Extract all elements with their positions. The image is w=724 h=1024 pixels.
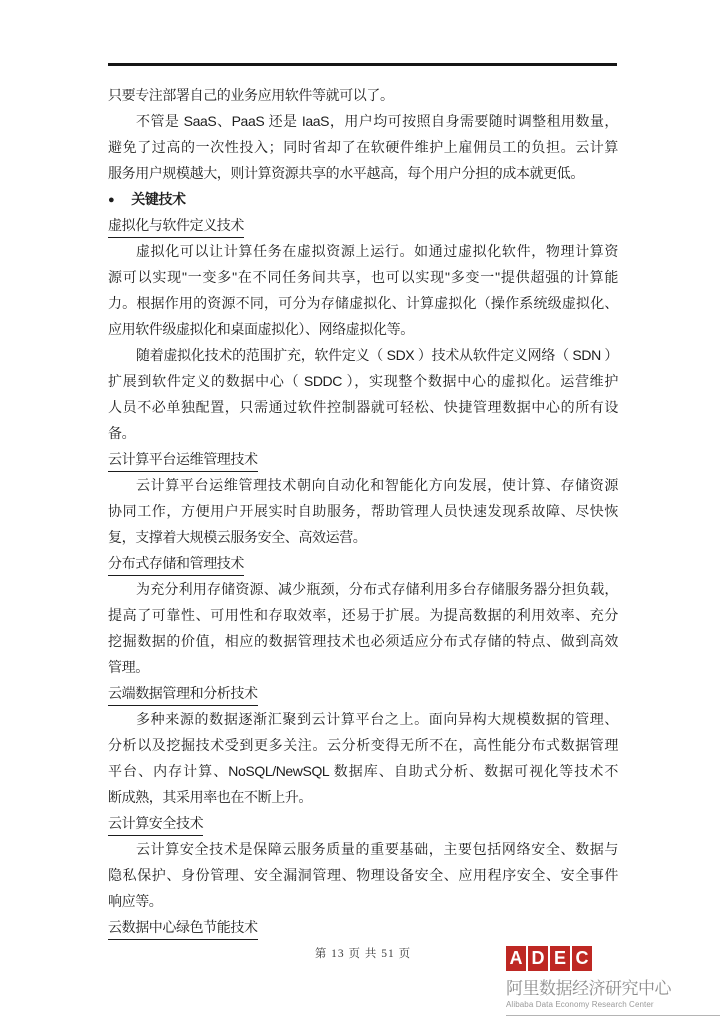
header-rule: [108, 63, 617, 66]
paragraph-line: 随着虚拟化技术的范围扩充，软件定义（ SDX ）技术从软件定义网络（ SDN ）: [108, 342, 618, 368]
paragraph-line: 只要专注部署自己的业务应用软件等就可以了。: [108, 82, 618, 108]
paragraph: 不管是 SaaS、PaaS 还是 IaaS，用户均可按照自身需要随时调整租用数量…: [108, 108, 618, 186]
paragraph-line: 协同工作，方便用户开展实时自助服务，帮助管理人员快速发现系故障、尽快恢: [108, 498, 618, 524]
adec-logo-icon: ADEC: [506, 946, 720, 971]
logo-rule: [506, 1015, 720, 1016]
logo-letter-c: C: [572, 946, 592, 971]
logo-letter-e: E: [550, 946, 570, 971]
paragraph-line: 云计算安全技术是保障云服务质量的重要基础，主要包括网络安全、数据与: [108, 836, 618, 862]
paragraph-line: 隐私保护、身份管理、安全漏洞管理、物理设备安全、应用程序安全、安全事件: [108, 862, 618, 888]
paragraph-line: 备。: [108, 420, 618, 446]
adec-logo: ADEC 阿里数据经济研究中心 Alibaba Data Economy Res…: [506, 946, 720, 1016]
paragraph-line: 扩展到软件定义的数据中心（ SDDC ），实现整个数据中心的虚拟化。运营维护: [108, 368, 618, 394]
section-bullet-heading: ●关键技术: [108, 186, 618, 212]
paragraph-line: 断成熟，其采用率也在不断上升。: [108, 784, 618, 810]
paragraph-line: 平台、内存计算、NoSQL/NewSQL 数据库、自助式分析、数据可视化等技术不: [108, 758, 618, 784]
paragraph-line: 分析以及挖掘技术受到更多关注。云分析变得无所不在，高性能分布式数据管理: [108, 732, 618, 758]
subsection-heading: 虚拟化与软件定义技术: [108, 212, 618, 238]
subsection-heading: 分布式存储和管理技术: [108, 550, 618, 576]
subsection-heading-label: 分布式存储和管理技术: [108, 552, 244, 576]
paragraph-line: 挖掘数据的价值，相应的数据管理技术也必须适应分布式存储的特点、做到高效: [108, 628, 618, 654]
paragraph-line: 管理。: [108, 654, 618, 680]
paragraph-line: 响应等。: [108, 888, 618, 914]
subsection-heading: 云计算安全技术: [108, 810, 618, 836]
paragraph-line: 多种来源的数据逐渐汇聚到云计算平台之上。面向异构大规模数据的管理、: [108, 706, 618, 732]
paragraph: 为充分利用存储资源、减少瓶颈，分布式存储利用多台存储服务器分担负载，提高了可靠性…: [108, 576, 618, 680]
paragraph: 随着虚拟化技术的范围扩充，软件定义（ SDX ）技术从软件定义网络（ SDN ）…: [108, 342, 618, 446]
paragraph-line: 避免了过高的一次性投入；同时省却了在软硬件维护上雇佣员工的负担。云计算: [108, 134, 618, 160]
subsection-heading-label: 云数据中心绿色节能技术: [108, 916, 258, 940]
logo-name-chinese: 阿里数据经济研究中心: [506, 974, 720, 999]
paragraph-line: 虚拟化可以让计算任务在虚拟资源上运行。如通过虚拟化软件，物理计算资: [108, 238, 618, 264]
paragraph: 云计算安全技术是保障云服务质量的重要基础，主要包括网络安全、数据与隐私保护、身份…: [108, 836, 618, 914]
logo-name-english: Alibaba Data Economy Research Center: [506, 1000, 720, 1009]
subsection-heading-label: 虚拟化与软件定义技术: [108, 214, 244, 238]
subsection-heading-label: 云端数据管理和分析技术: [108, 682, 258, 706]
paragraph-line: 提高了可靠性、可用性和存取效率，还易于扩展。为提高数据的利用效率、充分: [108, 602, 618, 628]
paragraph: 云计算平台运维管理技术朝向自动化和智能化方向发展，使计算、存储资源协同工作，方便…: [108, 472, 618, 550]
paragraph-line: 人员不必单独配置，只需通过软件控制器就可轻松、快捷管理数据中心的所有设: [108, 394, 618, 420]
paragraph-line: 源可以实现"一变多"在不同任务间共享，也可以实现"多变一"提供超强的计算能: [108, 264, 618, 290]
subsection-heading: 云端数据管理和分析技术: [108, 680, 618, 706]
paragraph-line: 云计算平台运维管理技术朝向自动化和智能化方向发展，使计算、存储资源: [108, 472, 618, 498]
paragraph-line: 应用软件级虚拟化和桌面虚拟化）、网络虚拟化等。: [108, 316, 618, 342]
paragraph-line: 力。根据作用的资源不同，可分为存储虚拟化、计算虚拟化（操作系统级虚拟化、: [108, 290, 618, 316]
paragraph: 虚拟化可以让计算任务在虚拟资源上运行。如通过虚拟化软件，物理计算资源可以实现"一…: [108, 238, 618, 342]
paragraph-line: 不管是 SaaS、PaaS 还是 IaaS，用户均可按照自身需要随时调整租用数量…: [108, 108, 618, 134]
subsection-heading: 云数据中心绿色节能技术: [108, 914, 618, 940]
paragraph: 多种来源的数据逐渐汇聚到云计算平台之上。面向异构大规模数据的管理、分析以及挖掘技…: [108, 706, 618, 810]
subsection-heading: 云计算平台运维管理技术: [108, 446, 618, 472]
document-page: 只要专注部署自己的业务应用软件等就可以了。不管是 SaaS、PaaS 还是 Ia…: [0, 0, 724, 1024]
document-body: 只要专注部署自己的业务应用软件等就可以了。不管是 SaaS、PaaS 还是 Ia…: [108, 82, 618, 940]
paragraph-line: 为充分利用存储资源、减少瓶颈，分布式存储利用多台存储服务器分担负载，: [108, 576, 618, 602]
section-heading-label: 关键技术: [131, 191, 185, 207]
logo-letter-d: D: [528, 946, 548, 971]
paragraph-continuation: 只要专注部署自己的业务应用软件等就可以了。: [108, 82, 618, 108]
subsection-heading-label: 云计算安全技术: [108, 812, 203, 836]
logo-letter-a: A: [506, 946, 526, 971]
paragraph-line: 服务用户规模越大，则计算资源共享的水平越高，每个用户分担的成本就更低。: [108, 160, 618, 186]
subsection-heading-label: 云计算平台运维管理技术: [108, 448, 258, 472]
bullet-icon: ●: [108, 194, 114, 206]
paragraph-line: 复，支撑着大规模云服务安全、高效运营。: [108, 524, 618, 550]
